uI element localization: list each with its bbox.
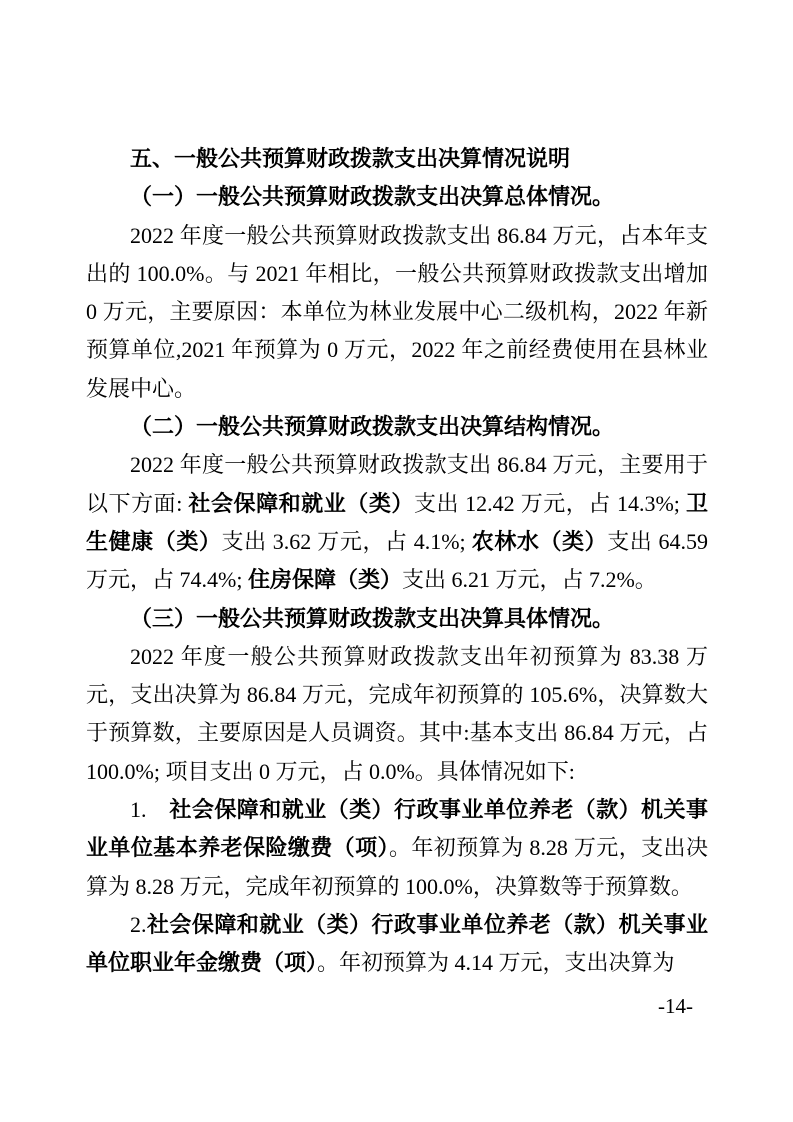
subsection-heading-1: （一）一般公共预算财政拨款支出决算总体情况。 bbox=[86, 178, 708, 216]
paragraph-overall: 2022 年度一般公共预算财政拨款支出 86.84 万元，占本年支出的 100.… bbox=[86, 217, 708, 408]
text-run-bold: 五、一般公共预算财政拨款支出决算情况说明 bbox=[130, 146, 570, 171]
text-run: 支出 12.42 万元，占 14.3%; bbox=[414, 491, 686, 516]
text-run: 2. bbox=[130, 912, 147, 937]
text-run-bold: 社会保障和就业（类） bbox=[188, 491, 414, 516]
paragraph-item-1: 1. 社会保障和就业（类）行政事业单位养老（款）机关事业单位基本养老保险缴费（项… bbox=[86, 791, 708, 906]
text-run: 支出 6.21 万元，占 7.2%。 bbox=[402, 567, 657, 592]
paragraph-detail-intro: 2022 年度一般公共预算财政拨款支出年初预算为 83.38 万元，支出决算为 … bbox=[86, 638, 708, 791]
text-run: 。年初预算为 4.14 万元，支出决算为 bbox=[317, 950, 675, 975]
section-heading: 五、一般公共预算财政拨款支出决算情况说明 bbox=[86, 140, 708, 178]
paragraph-item-2: 2.社会保障和就业（类）行政事业单位养老（款）机关事业单位职业年金缴费（项）。年… bbox=[86, 906, 708, 983]
text-run-bold: （一）一般公共预算财政拨款支出决算总体情况。 bbox=[130, 184, 614, 209]
text-run-bold: （二）一般公共预算财政拨款支出决算结构情况。 bbox=[130, 414, 614, 439]
text-block: 五、一般公共预算财政拨款支出决算情况说明（一）一般公共预算财政拨款支出决算总体情… bbox=[86, 140, 708, 983]
text-run: 2022 年度一般公共预算财政拨款支出 86.84 万元，占本年支出的 100.… bbox=[86, 223, 708, 401]
page-number: -14- bbox=[658, 994, 693, 1019]
text-run-bold: 住房保障（类） bbox=[248, 567, 402, 592]
text-run: 2022 年度一般公共预算财政拨款支出年初预算为 83.38 万元，支出决算为 … bbox=[86, 644, 708, 784]
text-run: 1. bbox=[130, 797, 169, 822]
text-run-bold: 农林水（类） bbox=[472, 529, 607, 554]
subsection-heading-2: （二）一般公共预算财政拨款支出决算结构情况。 bbox=[86, 408, 708, 446]
text-run: 支出 3.62 万元，占 4.1%; bbox=[221, 529, 471, 554]
document-page: 五、一般公共预算财政拨款支出决算情况说明（一）一般公共预算财政拨款支出决算总体情… bbox=[0, 0, 793, 1122]
paragraph-structure: 2022 年度一般公共预算财政拨款支出 86.84 万元，主要用于以下方面: 社… bbox=[86, 446, 708, 599]
text-run-bold: （三）一般公共预算财政拨款支出决算具体情况。 bbox=[130, 606, 614, 631]
subsection-heading-3: （三）一般公共预算财政拨款支出决算具体情况。 bbox=[86, 600, 708, 638]
